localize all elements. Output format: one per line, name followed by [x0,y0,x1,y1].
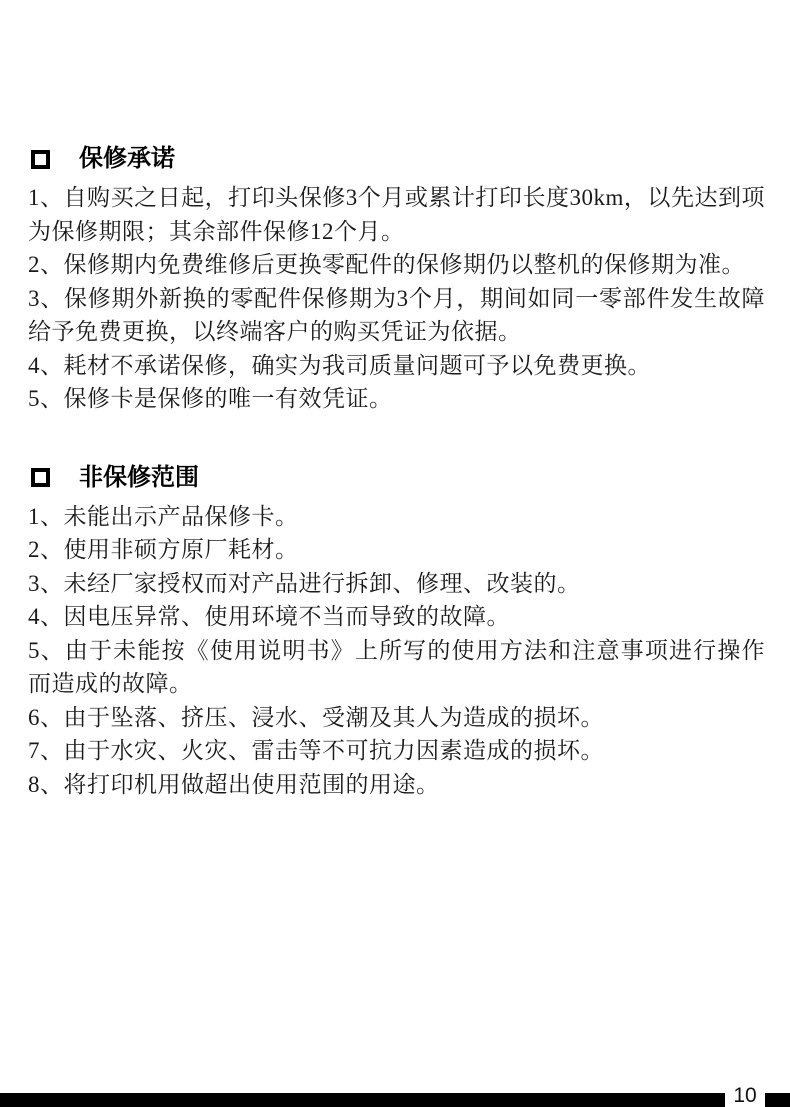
section-non-warranty-scope: 非保修范围 1、未能出示产品保修卡。 2、使用非硕方原厂耗材。 3、未经厂家授权… [28,465,765,802]
list-item: 7、由于水灾、火灾、雷击等不可抗力因素造成的损坏。 [28,734,765,768]
list-item: 6、由于坠落、挤压、浸水、受潮及其人为造成的损坏。 [28,701,765,735]
section-title: 非保修范围 [79,465,199,491]
square-bullet-icon [31,468,50,487]
list-item: 5、保修卡是保修的唯一有效凭证。 [28,382,765,416]
list-item: 3、保修期外新换的零配件保修期为3个月，期间如同一零部件发生故障给予免费更换，以… [28,282,765,349]
list-item: 1、自购买之日起，打印头保修3个月或累计打印长度30km，以先达到项为保修期限；… [28,181,765,248]
list-item: 2、使用非硕方原厂耗材。 [28,533,765,567]
list-item: 1、未能出示产品保修卡。 [28,500,765,534]
list-item: 4、因电压异常、使用环境不当而导致的故障。 [28,600,765,634]
list-item: 8、将打印机用做超出使用范围的用途。 [28,768,765,802]
page-number: 10 [727,1085,763,1106]
section-heading: 保修承诺 [28,146,765,172]
section-heading: 非保修范围 [28,465,765,491]
list-item: 2、保修期内免费维修后更换零配件的保修期仍以整机的保修期为准。 [28,248,765,282]
square-bullet-icon [31,150,50,169]
footer-bar [0,1093,725,1107]
footer-bar-right [765,1093,790,1107]
list-item: 3、未经厂家授权而对产品进行拆卸、修理、改装的。 [28,567,765,601]
manual-page-content: 保修承诺 1、自购买之日起，打印头保修3个月或累计打印长度30km，以先达到项为… [28,146,765,801]
section-title: 保修承诺 [79,146,175,172]
section-warranty-commitment: 保修承诺 1、自购买之日起，打印头保修3个月或累计打印长度30km，以先达到项为… [28,146,765,416]
list-item: 4、耗材不承诺保修，确实为我司质量问题可予以免费更换。 [28,349,765,383]
list-item: 5、由于未能按《使用说明书》上所写的使用方法和注意事项进行操作而造成的故障。 [28,634,765,701]
